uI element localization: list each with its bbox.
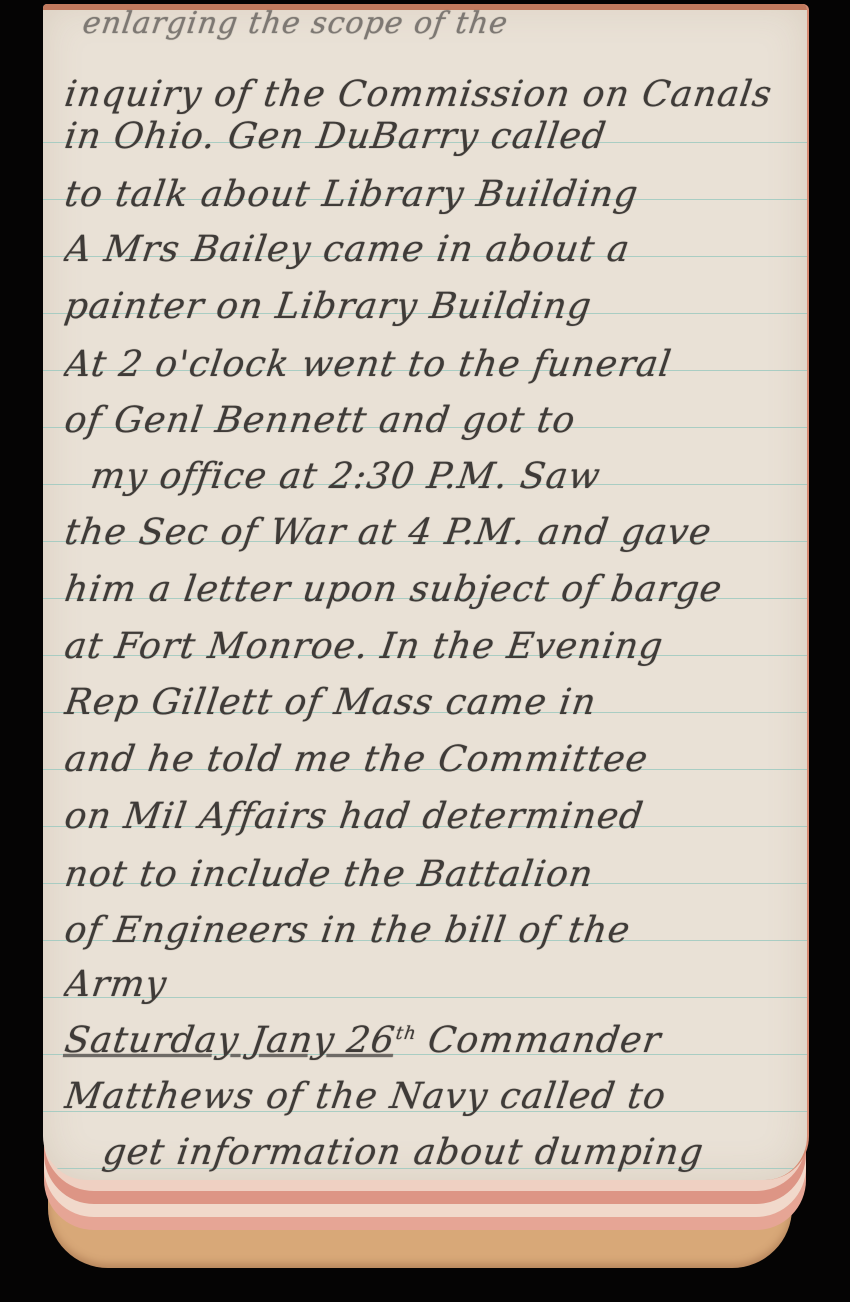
notebook-page: enlarging the scope of the inquiry of th… (43, 4, 809, 1180)
date-heading: Saturday Jany 26 (62, 1020, 398, 1061)
handwritten-line: him a letter upon subject of barge (62, 569, 792, 610)
handwritten-line: in Ohio. Gen DuBarry called (62, 116, 792, 157)
handwritten-line: painter on Library Building (62, 286, 792, 327)
handwritten-line: Rep Gillett of Mass came in (62, 682, 792, 723)
handwritten-line: the Sec of War at 4 P.M. and gave (62, 512, 792, 553)
date-heading-line: Saturday Jany 26th Commander (62, 1020, 792, 1061)
handwritten-line: of Engineers in the bill of the (62, 910, 792, 951)
handwritten-text: Commander (413, 1020, 664, 1061)
handwritten-line: get information about dumping (100, 1132, 792, 1173)
handwritten-line: Army (62, 964, 792, 1005)
handwritten-line: at Fort Monroe. In the Evening (62, 626, 792, 667)
handwritten-line: inquiry of the Commission on Canals (62, 74, 792, 115)
handwritten-line: to talk about Library Building (62, 174, 792, 215)
handwritten-line: my office at 2:30 P.M. Saw (88, 456, 792, 497)
handwritten-line: At 2 o'clock went to the funeral (62, 344, 792, 385)
handwritten-line: enlarging the scope of the (81, 6, 792, 41)
handwritten-line: A Mrs Bailey came in about a (62, 229, 792, 270)
handwritten-line: and he told me the Committee (62, 739, 792, 780)
handwritten-line: not to include the Battalion (62, 854, 792, 895)
handwritten-line: Matthews of the Navy called to (62, 1076, 792, 1117)
handwritten-line: of Genl Bennett and got to (62, 400, 792, 441)
handwritten-line: on Mil Affairs had determined (62, 796, 792, 837)
